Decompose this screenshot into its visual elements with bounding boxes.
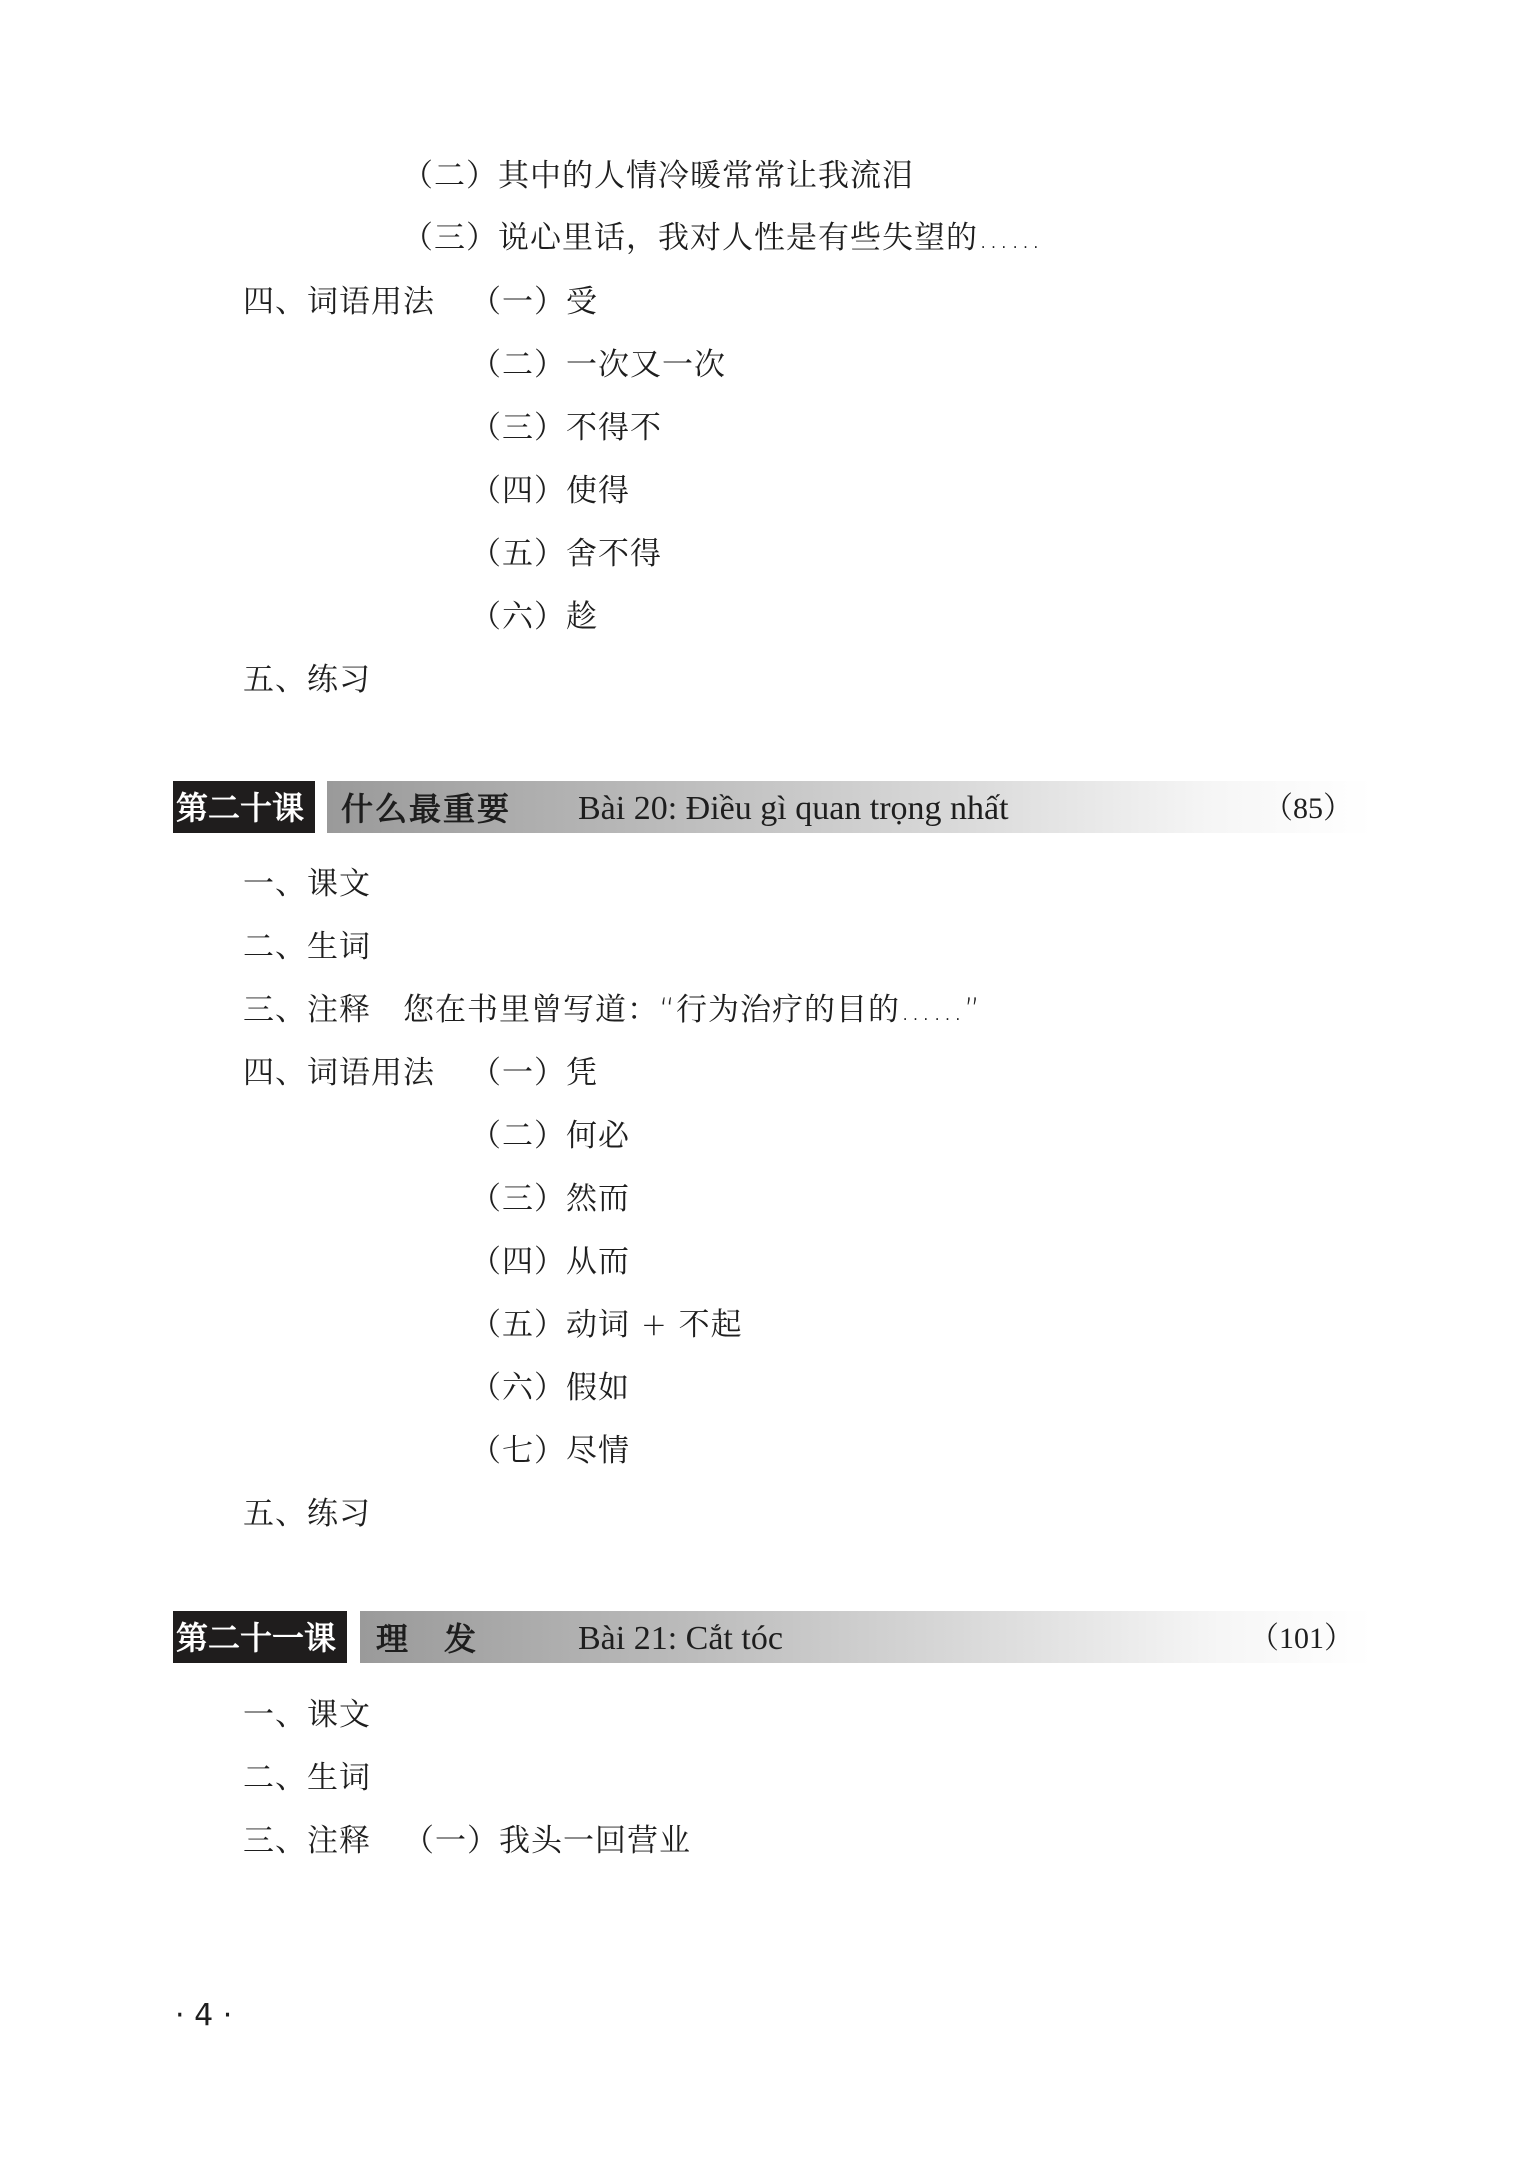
usage-item: （二）何必 bbox=[470, 1116, 630, 1156]
lesson-title-vietnamese: Bài 20: Điều gì quan trọng nhất bbox=[578, 781, 1009, 837]
lesson-title-vietnamese: Bài 21: Cắt tóc bbox=[578, 1611, 783, 1667]
usage-label: 四、词语用法 bbox=[243, 1053, 435, 1093]
usage-item: （七）尽情 bbox=[470, 1431, 630, 1471]
notes-item: （一）我头一回营业 bbox=[403, 1821, 691, 1861]
usage-item: （五）舍不得 bbox=[470, 534, 662, 574]
lesson-number-badge: 第二十课 bbox=[173, 781, 315, 833]
notes-item: 您在书里曾写道：“行为治疗的目的……” bbox=[403, 990, 981, 1030]
usage-item: （二）一次又一次 bbox=[470, 345, 726, 385]
usage-item: （一）受 bbox=[470, 282, 598, 322]
section-vocab: 二、生词 bbox=[243, 1758, 371, 1798]
notes-item-2: （二）其中的人情冷暖常常让我流泪 bbox=[402, 156, 914, 196]
section-text: 一、课文 bbox=[243, 864, 371, 904]
section-notes-label: 三、注释 bbox=[243, 1821, 371, 1861]
section-notes-label: 三、注释 bbox=[243, 990, 371, 1030]
lesson-title-chinese: 什么最重要 bbox=[341, 781, 511, 837]
lesson-20-header[interactable]: 第二十课 什么最重要 Bài 20: Điều gì quan trọng nh… bbox=[173, 781, 1373, 833]
page-reference: （85） bbox=[1263, 781, 1353, 837]
page-number: · 4 · bbox=[175, 1998, 232, 2033]
usage-item: （四）使得 bbox=[470, 471, 630, 511]
section-exercise: 五、练习 bbox=[243, 1494, 371, 1534]
lesson-21-header[interactable]: 第二十一课 理 发 Bài 21: Cắt tóc （101） bbox=[173, 1611, 1373, 1663]
usage-item: （三）不得不 bbox=[470, 408, 662, 448]
usage-item: （三）然而 bbox=[470, 1179, 630, 1219]
section-text: 一、课文 bbox=[243, 1695, 371, 1735]
usage-item: （六）趁 bbox=[470, 597, 598, 637]
lesson-number-badge: 第二十一课 bbox=[173, 1611, 347, 1663]
page-reference: （101） bbox=[1249, 1611, 1354, 1667]
usage-item: （六）假如 bbox=[470, 1368, 630, 1408]
usage-item: （一）凭 bbox=[470, 1053, 598, 1093]
section-vocab: 二、生词 bbox=[243, 927, 371, 967]
header-gradient-bar bbox=[360, 1611, 1373, 1663]
usage-item: （五）动词 + 不起 bbox=[470, 1305, 743, 1345]
usage-item: （四）从而 bbox=[470, 1242, 630, 1282]
exercise-label: 五、练习 bbox=[243, 660, 371, 700]
usage-label: 四、词语用法 bbox=[243, 282, 435, 322]
notes-item-3: （三）说心里话，我对人性是有些失望的…… bbox=[402, 218, 1042, 258]
lesson-title-chinese: 理 发 bbox=[376, 1611, 478, 1667]
